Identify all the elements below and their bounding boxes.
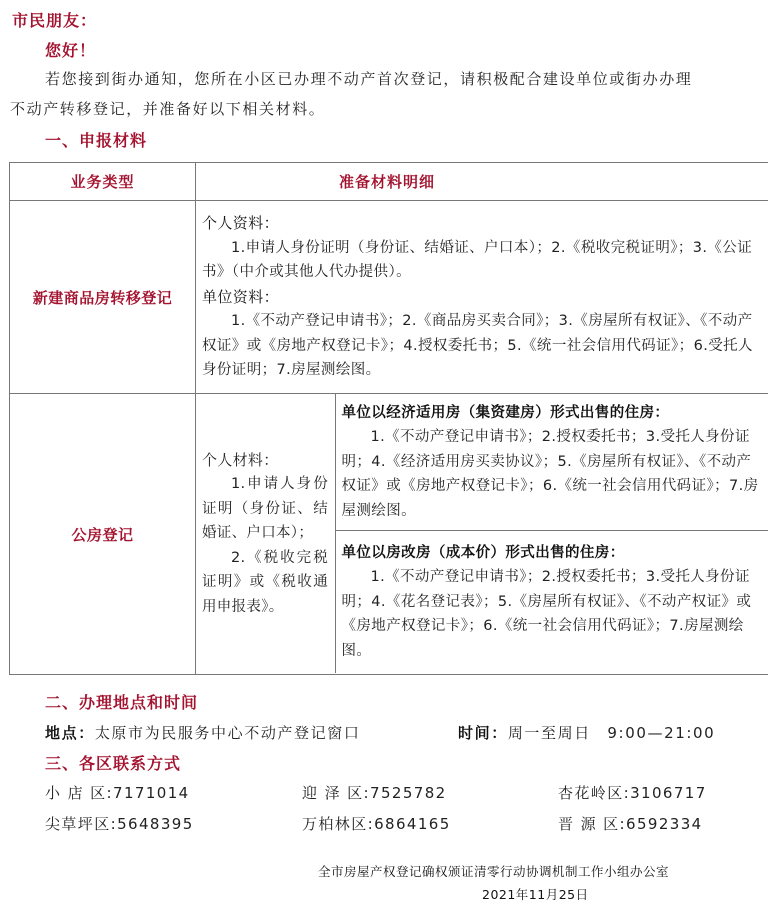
intro-line-1: 若您接到街办通知，您所在小区已办理不动产首次登记，请积极配合建设单位或街办办理: [45, 68, 692, 89]
location-label: 地点：: [45, 724, 95, 742]
public-personal-label: 个人材料：: [202, 448, 328, 473]
footer-date: 2021年11月25日: [482, 885, 589, 903]
contact-xiaodian: 小 店 区:7171014: [45, 782, 190, 803]
affordable-housing-title: 单位以经济适用房（集资建房）形式出售的住房：: [342, 401, 762, 426]
reformed-housing-title: 单位以房改房（成本价）形式出售的住房：: [342, 541, 762, 566]
section2-title: 二、办理地点和时间: [45, 690, 198, 713]
header-material-details: 准备材料明细: [196, 163, 768, 201]
materials-table: 业务类型 准备材料明细 新建商品房转移登记 个人资料： 1.申请人身份证明（身份…: [9, 162, 768, 675]
section3-title: 三、各区联系方式: [45, 751, 181, 774]
public-personal-item-2: 2.《税收完税证明》或《税收通用申报表》。: [202, 546, 328, 620]
unit-materials-label: 单位资料：: [202, 285, 762, 310]
section1-title: 一、申报材料: [45, 128, 147, 151]
salutation: 市民朋友：: [12, 8, 97, 31]
footer-organization: 全市房屋产权登记确权颁证清零行动协调机制工作小组办公室: [318, 862, 669, 880]
contact-xinghualing: 杏花岭区:3106717: [558, 782, 707, 803]
affordable-housing-items: 1.《不动产登记申请书》；2.授权委托书；3.受托人身份证明；4.《经济适用房买…: [342, 425, 762, 523]
personal-materials-label: 个人资料：: [202, 211, 762, 236]
public-personal-item-1: 1.申请人身份证明（身份证、结婚证、户口本）；: [202, 472, 328, 546]
contact-yingze: 迎 泽 区:7525782: [302, 782, 447, 803]
location-line: 地点：太原市为民服务中心不动产登记窗口: [45, 722, 360, 743]
business-type-public-housing: 公房登记: [10, 394, 196, 675]
location-value: 太原市为民服务中心不动产登记窗口: [95, 724, 361, 742]
table-header-row: 业务类型 准备材料明细: [10, 163, 768, 201]
table-row: 公房登记 个人材料： 1.申请人身份证明（身份证、结婚证、户口本）； 2.《税收…: [10, 394, 768, 675]
reformed-housing-items: 1.《不动产登记申请书》；2.授权委托书；3.受托人身份证明；4.《花名登记表》…: [342, 565, 762, 663]
contact-jiancaoping: 尖草坪区:5648395: [45, 813, 194, 834]
time-line: 时间：周一至周日 9:00—21:00: [458, 722, 715, 743]
public-housing-inner-table: 个人材料： 1.申请人身份证明（身份证、结婚证、户口本）； 2.《税收完税证明》…: [196, 394, 768, 673]
contact-jinyuan: 晋 源 区:6592334: [558, 813, 703, 834]
time-value: 周一至周日 9:00—21:00: [508, 724, 716, 742]
contact-wanbailin: 万柏林区:6864165: [302, 813, 451, 834]
time-label: 时间：: [458, 724, 508, 742]
personal-materials-items: 1.申请人身份证明（身份证、结婚证、户口本）；2.《税收完税证明》；3.《公证书…: [202, 236, 762, 285]
business-type-new-commercial: 新建商品房转移登记: [10, 201, 196, 394]
intro-line-2: 不动产转移登记，并准备好以下相关材料。: [10, 98, 325, 119]
hello-greeting: 您好！: [45, 38, 96, 61]
table-row: 新建商品房转移登记 个人资料： 1.申请人身份证明（身份证、结婚证、户口本）；2…: [10, 201, 768, 394]
unit-materials-items: 1.《不动产登记申请书》；2.《商品房买卖合同》；3.《房屋所有权证》、《不动产…: [202, 309, 762, 383]
header-business-type: 业务类型: [10, 163, 196, 201]
